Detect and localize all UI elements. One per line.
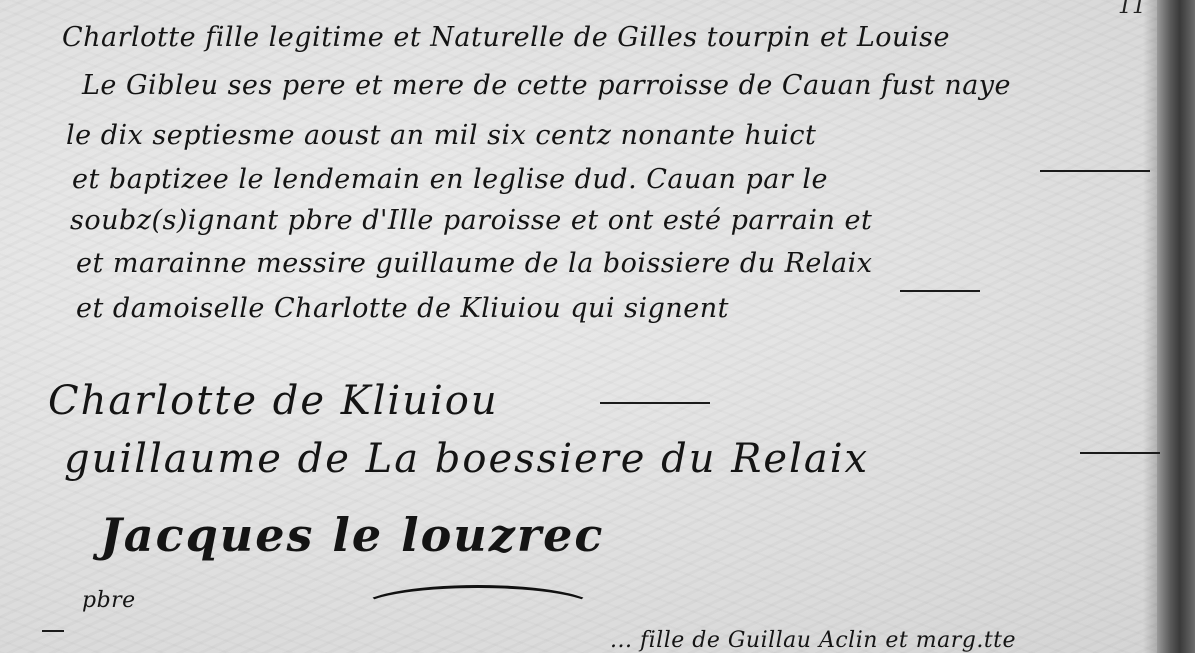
signature-flourish (360, 585, 596, 631)
end-rule (900, 290, 980, 292)
signature-pbre: pbre (82, 588, 136, 613)
manuscript-page: 11 Charlotte fille legitime et Naturelle… (0, 0, 1195, 653)
signature-godmother: Charlotte de Kliuiou (48, 378, 499, 424)
margin-dash (42, 630, 64, 632)
signature-rule-1 (600, 402, 710, 404)
page-mark: 11 (1118, 0, 1146, 19)
book-gutter (1157, 0, 1195, 653)
signature-priest: Jacques le louzrec (100, 508, 604, 562)
line-rule (1040, 170, 1150, 172)
binding-shadow (1143, 0, 1157, 653)
entry-line-3: le dix septiesme aoust an mil six centz … (66, 120, 816, 151)
next-entry-fragment: ... fille de Guillau Aclin et marg.tte (610, 628, 1016, 653)
entry-line-7: et damoiselle Charlotte de Kliuiou qui s… (76, 293, 729, 324)
signature-godfather: guillaume de La boessiere du Relaix (64, 436, 869, 482)
entry-line-5: soubz(s)ignant pbre d'Ille paroisse et o… (70, 205, 872, 236)
entry-line-4: et baptizee le lendemain en leglise dud.… (72, 164, 828, 195)
signature-rule-2 (1080, 452, 1160, 454)
entry-line-2: Le Gibleu ses pere et mere de cette parr… (82, 70, 1011, 101)
entry-line-1: Charlotte fille legitime et Naturelle de… (62, 22, 950, 53)
entry-line-6: et marainne messire guillaume de la bois… (76, 248, 873, 279)
